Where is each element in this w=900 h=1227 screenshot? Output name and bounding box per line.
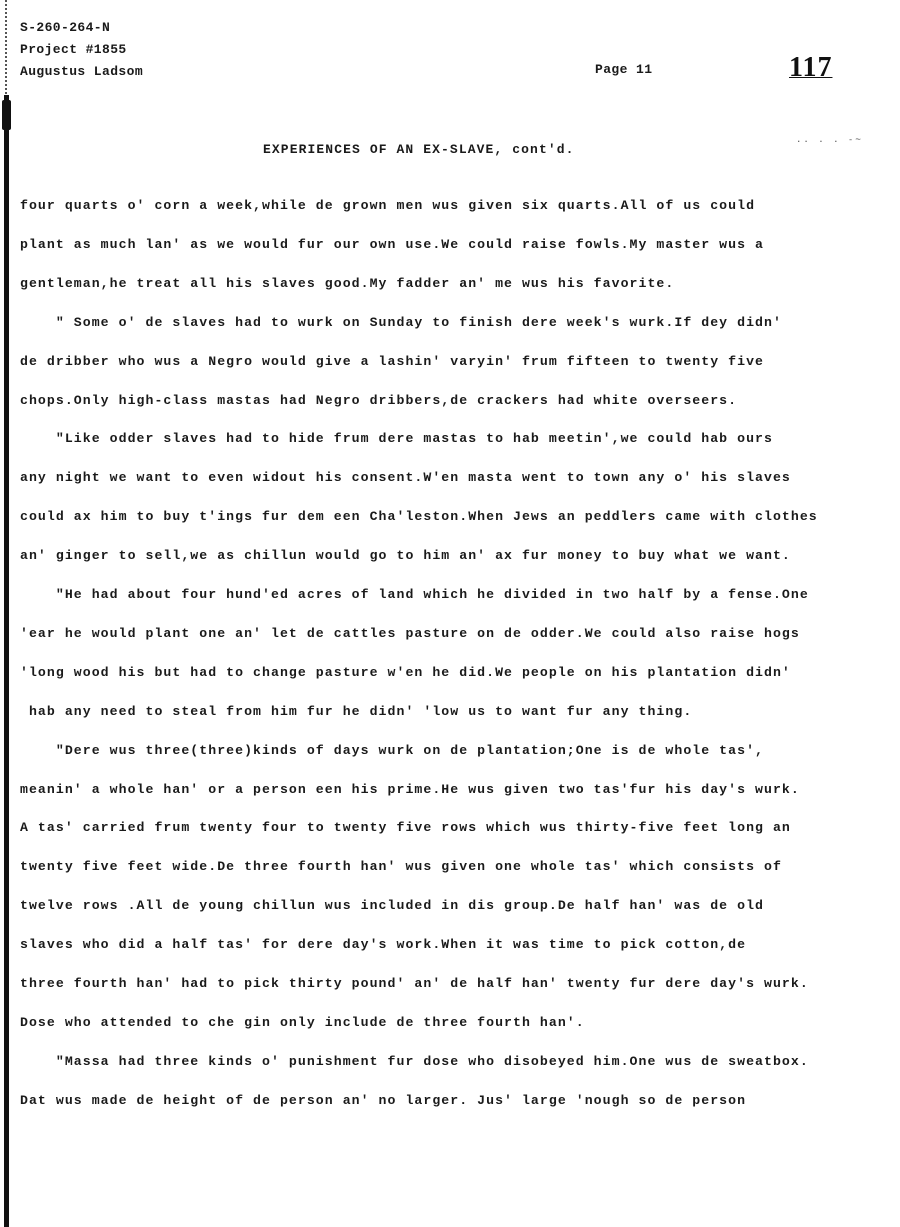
stray-marks: .. . . -~ [796, 135, 863, 145]
body-line: an' ginger to sell,we as chillun would g… [20, 548, 791, 563]
project-number: Project #1855 [20, 42, 127, 57]
body-line: Dat wus made de height of de person an' … [20, 1093, 746, 1108]
body-line: could ax him to buy t'ings fur dem een C… [20, 509, 818, 524]
binding-edge-perforation [5, 0, 7, 95]
body-line: "Dere wus three(three)kinds of days wurk… [20, 743, 764, 758]
body-line: hab any need to steal from him fur he di… [20, 704, 692, 719]
body-line: meanin' a whole han' or a person een his… [20, 782, 800, 797]
archive-stamp-number: 117 [789, 52, 832, 84]
reference-number: S-260-264-N [20, 20, 110, 35]
body-line: three fourth han' had to pick thirty pou… [20, 976, 809, 991]
binding-edge [4, 95, 9, 1227]
body-line: de dribber who wus a Negro would give a … [20, 354, 764, 369]
body-line: four quarts o' corn a week,while de grow… [20, 198, 755, 213]
body-line: "He had about four hund'ed acres of land… [20, 587, 809, 602]
interviewee-name: Augustus Ladsom [20, 64, 143, 79]
body-line: A tas' carried frum twenty four to twent… [20, 820, 791, 835]
body-line: "Massa had three kinds o' punishment fur… [20, 1054, 809, 1069]
body-line: "Like odder slaves had to hide frum dere… [20, 431, 773, 446]
binding-clip [2, 100, 11, 130]
document-title: EXPERIENCES OF AN EX-SLAVE, cont'd. [263, 142, 575, 157]
body-line: chops.Only high-class mastas had Negro d… [20, 393, 737, 408]
document-page: S-260-264-N Project #1855 Augustus Ladso… [0, 0, 900, 1227]
body-line: Dose who attended to che gin only includ… [20, 1015, 585, 1030]
body-line: " Some o' de slaves had to wurk on Sunda… [20, 315, 782, 330]
body-line: slaves who did a half tas' for dere day'… [20, 937, 746, 952]
body-line: twelve rows .All de young chillun wus in… [20, 898, 764, 913]
page-label: Page 11 [595, 62, 652, 77]
body-line: 'ear he would plant one an' let de cattl… [20, 626, 800, 641]
body-line: gentleman,he treat all his slaves good.M… [20, 276, 674, 291]
body-line: 'long wood his but had to change pasture… [20, 665, 791, 680]
body-line: twenty five feet wide.De three fourth ha… [20, 859, 782, 874]
body-line: any night we want to even widout his con… [20, 470, 791, 485]
body-line: plant as much lan' as we would fur our o… [20, 237, 764, 252]
